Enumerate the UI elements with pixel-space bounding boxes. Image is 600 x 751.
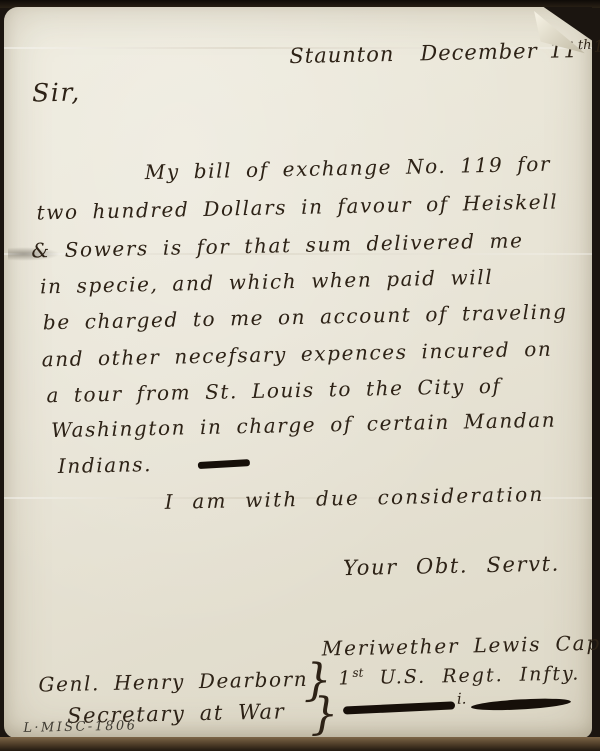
body-line-4: in specie, and which when paid will — [40, 265, 494, 298]
dateline-year: 1806 — [593, 36, 600, 56]
letter-paper: StauntonDecember 11th1806 Sir, My bill o… — [4, 7, 592, 738]
closing-line: I am with due consideration — [164, 482, 544, 514]
scan-background: { "letter": { "dateline": { "place": "St… — [0, 0, 600, 751]
signature-rank-ordinal: st — [352, 666, 363, 680]
body-line-2: two hundred Dollars in favour of Heiskel… — [36, 190, 558, 225]
em-dash-flourish — [198, 459, 250, 469]
valediction: Your Obt. Servt. — [343, 552, 560, 581]
signature-flourish-right — [471, 697, 571, 713]
signature-name: Meriwether Lewis Capt. — [322, 630, 600, 660]
dateline-gap — [395, 60, 421, 61]
body-line-5: be charged to me on account of traveling — [43, 299, 568, 334]
body-line-9: Indians. — [58, 452, 153, 478]
body-line-6: and other necefsary expences incured on — [41, 337, 552, 372]
archival-note: L·MISC-1806 — [23, 718, 137, 735]
body-line-3: & Sowers is for that sum delivered me — [31, 228, 524, 262]
signature-flourish-left — [343, 701, 455, 714]
addressee-name: Genl. Henry Dearborn — [38, 667, 308, 697]
signature-rank-text: U.S. Regt. Infty. — [363, 662, 580, 689]
signature-flourish-mark: i. — [457, 690, 467, 708]
letter-content: StauntonDecember 11th1806 Sir, My bill o… — [0, 1, 600, 744]
body-line-1: My bill of exchange No. 119 for — [145, 152, 552, 185]
scan-bottom-edge — [0, 737, 600, 751]
body-line-8: Washington in charge of certain Mandan — [51, 408, 557, 443]
body-line-7: a tour from St. Louis to the City of — [46, 374, 502, 408]
signature-rank-number: 1 — [338, 667, 353, 689]
signature-rank: 1st U.S. Regt. Infty. — [338, 661, 580, 689]
dateline-place: Staunton — [289, 42, 394, 68]
salutation: Sir, — [32, 77, 81, 107]
addressee-brace-2: } — [310, 688, 339, 740]
